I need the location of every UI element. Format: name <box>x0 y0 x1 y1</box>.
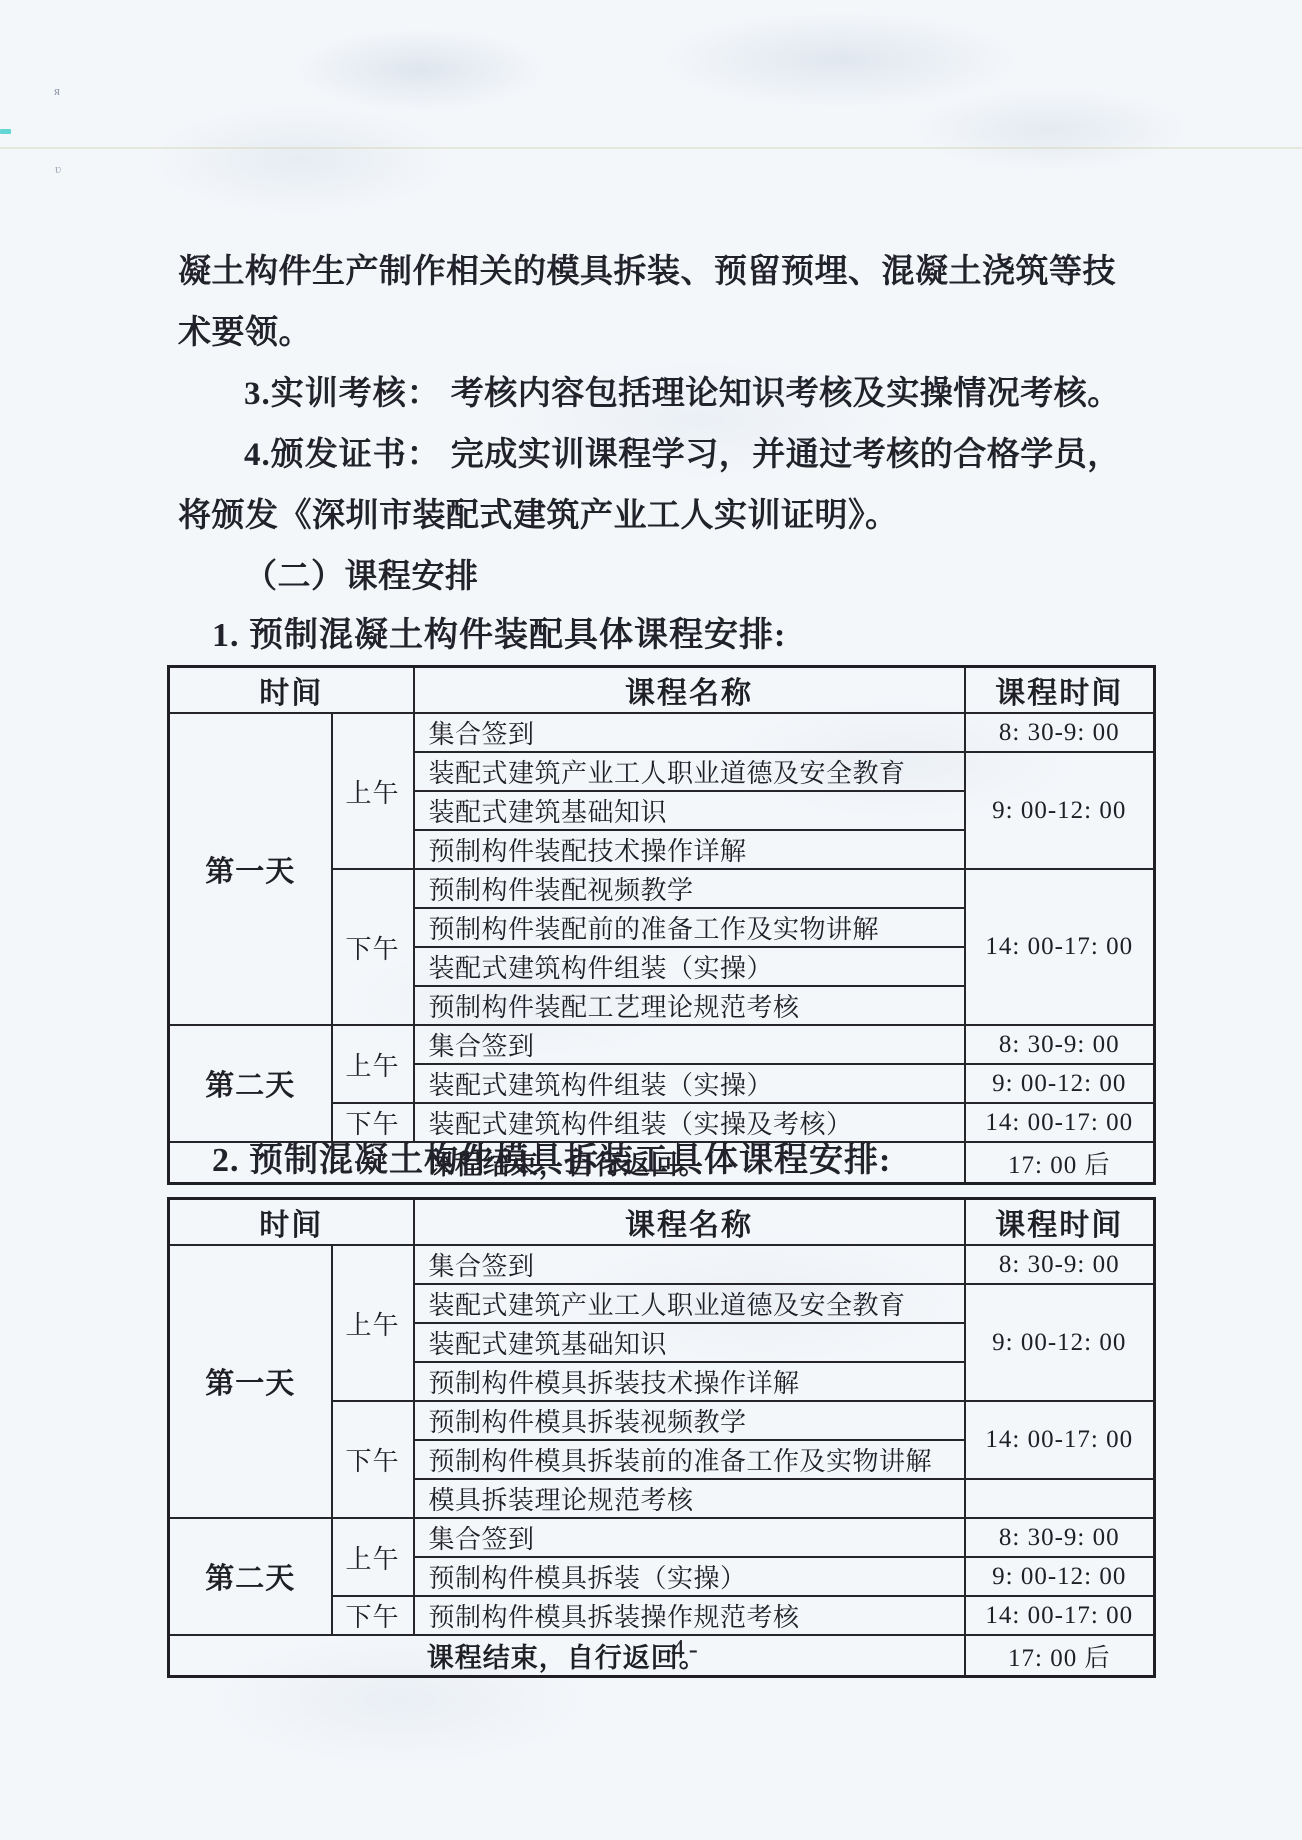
time-cell: 14: 00-17: 00 <box>965 1401 1155 1479</box>
course-cell: 预制构件模具拆装操作规范考核 <box>414 1596 965 1635</box>
table-header-cell: 课程时间 <box>965 667 1155 714</box>
table-row: 第一天上午集合签到8: 30-9: 00 <box>169 1245 1155 1284</box>
scan-line-artifact <box>0 147 1302 149</box>
ampm-cell: 上午 <box>332 1025 414 1103</box>
day-cell: 第二天 <box>169 1025 332 1142</box>
ampm-cell: 下午 <box>332 1596 414 1635</box>
page-number: -4- <box>0 1634 1302 1665</box>
time-cell: 14: 00-17: 00 <box>965 869 1155 1025</box>
course-cell: 预制构件模具拆装（实操） <box>414 1557 965 1596</box>
paragraph-block: 凝土构件生产制作相关的模具拆装、预留预埋、混凝土浇筑等技术要领。3.实训考核：考… <box>178 242 1138 608</box>
table-header-row: 时间课程名称课程时间 <box>169 667 1155 714</box>
table-title-1: 1. 预制混凝土构件装配具体课程安排: <box>212 610 1112 662</box>
time-cell: 8: 30-9: 00 <box>965 1245 1155 1284</box>
course-cell: 装配式建筑基础知识 <box>414 791 965 830</box>
course-cell: 预制构件模具拆装技术操作详解 <box>414 1362 965 1401</box>
scan-speck: я <box>54 84 60 97</box>
course-cell: 模具拆装理论规范考核 <box>414 1479 965 1518</box>
table-header-cell: 课程时间 <box>965 1199 1155 1246</box>
time-cell: 8: 30-9: 00 <box>965 1518 1155 1557</box>
ampm-cell: 上午 <box>332 1245 414 1401</box>
course-cell: 集合签到 <box>414 1025 965 1064</box>
scan-speck: ʋ <box>55 162 61 175</box>
paragraph: （二）课程安排 <box>178 547 1138 608</box>
table-header-row: 时间课程名称课程时间 <box>169 1199 1155 1246</box>
table-header-cell: 时间 <box>169 667 414 714</box>
course-cell: 预制构件模具拆装前的准备工作及实物讲解 <box>414 1440 965 1479</box>
time-cell: 9: 00-12: 00 <box>965 1557 1155 1596</box>
time-cell: 9: 00-12: 00 <box>965 1284 1155 1401</box>
table-title-2: 2. 预制混凝土构件模具拆装工具体课程安排: <box>212 1135 1112 1187</box>
course-cell: 预制构件装配视频教学 <box>414 869 965 908</box>
time-cell: 8: 30-9: 00 <box>965 713 1155 752</box>
course-cell: 装配式建筑产业工人职业道德及安全教育 <box>414 1284 965 1323</box>
day-cell: 第二天 <box>169 1518 332 1635</box>
table-header-cell: 时间 <box>169 1199 414 1246</box>
course-cell: 装配式建筑构件组装（实操） <box>414 1064 965 1103</box>
table-row: 第一天上午集合签到8: 30-9: 00 <box>169 713 1155 752</box>
course-cell: 预制构件装配前的准备工作及实物讲解 <box>414 908 965 947</box>
paragraph: 凝土构件生产制作相关的模具拆装、预留预埋、混凝土浇筑等技 <box>178 242 1138 303</box>
paragraph: 术要领。 <box>178 303 1138 364</box>
paragraph: 3.实训考核：考核内容包括理论知识考核及实操情况考核。 <box>178 364 1138 425</box>
ampm-cell: 下午 <box>332 869 414 1025</box>
day-cell: 第一天 <box>169 1245 332 1518</box>
course-table-1: 时间课程名称课程时间第一天上午集合签到8: 30-9: 00装配式建筑产业工人职… <box>167 665 1156 1185</box>
table-row: 第二天上午集合签到8: 30-9: 00 <box>169 1025 1155 1064</box>
ampm-cell: 上午 <box>332 713 414 869</box>
course-cell: 预制构件模具拆装视频教学 <box>414 1401 965 1440</box>
document-page: я ʋ 凝土构件生产制作相关的模具拆装、预留预埋、混凝土浇筑等技术要领。3.实训… <box>0 0 1302 1840</box>
time-cell: 8: 30-9: 00 <box>965 1025 1155 1064</box>
paragraph-label: 3.实训考核： <box>244 376 451 412</box>
course-cell: 预制构件装配技术操作详解 <box>414 830 965 869</box>
course-cell: 装配式建筑基础知识 <box>414 1323 965 1362</box>
paragraph-label: 4.颁发证书： <box>244 437 451 473</box>
ampm-cell: 上午 <box>332 1518 414 1596</box>
table-header-cell: 课程名称 <box>414 667 965 714</box>
paragraph: 将颁发《深圳市装配式建筑产业工人实训证明》。 <box>178 486 1138 547</box>
time-cell: 9: 00-12: 00 <box>965 752 1155 869</box>
ampm-cell: 下午 <box>332 1401 414 1518</box>
course-cell: 集合签到 <box>414 1518 965 1557</box>
edge-cyan-mark <box>0 129 11 134</box>
time-cell: 14: 00-17: 00 <box>965 1596 1155 1635</box>
course-table-2: 时间课程名称课程时间第一天上午集合签到8: 30-9: 00装配式建筑产业工人职… <box>167 1197 1156 1678</box>
course-cell: 装配式建筑构件组装（实操） <box>414 947 965 986</box>
table-row: 第二天上午集合签到8: 30-9: 00 <box>169 1518 1155 1557</box>
day-cell: 第一天 <box>169 713 332 1025</box>
course-cell: 装配式建筑产业工人职业道德及安全教育 <box>414 752 965 791</box>
course-cell: 集合签到 <box>414 1245 965 1284</box>
course-cell: 预制构件装配工艺理论规范考核 <box>414 986 965 1025</box>
table-header-cell: 课程名称 <box>414 1199 965 1246</box>
course-cell: 集合签到 <box>414 713 965 752</box>
time-cell <box>965 1479 1155 1518</box>
time-cell: 9: 00-12: 00 <box>965 1064 1155 1103</box>
paragraph: 4.颁发证书：完成实训课程学习，并通过考核的合格学员， <box>178 425 1138 486</box>
